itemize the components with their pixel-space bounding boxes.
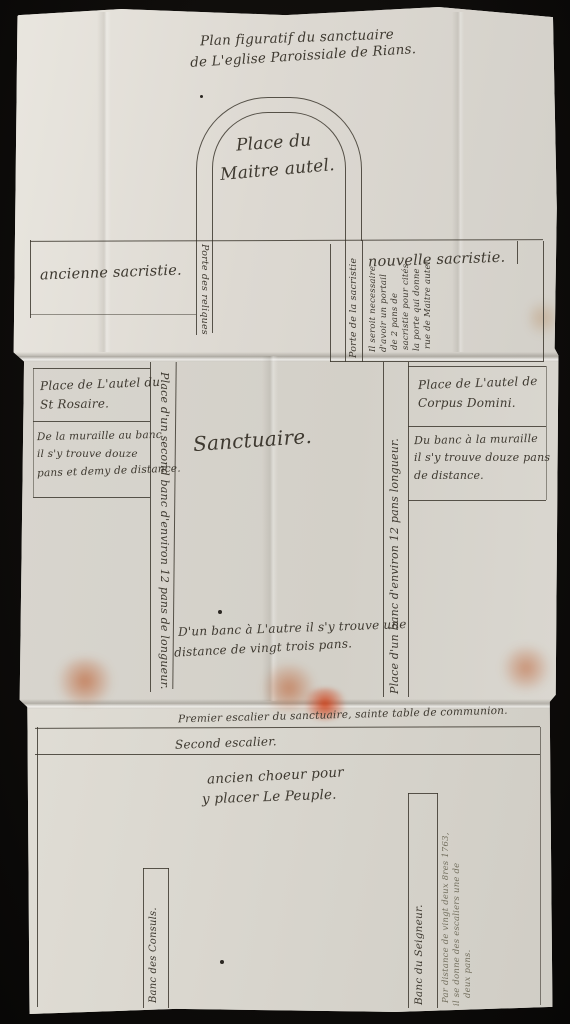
ink-dot xyxy=(220,960,224,964)
left-bench-label: Place d'un second banc d'environ 12 pans… xyxy=(158,372,171,690)
corpus-box-bottom-line xyxy=(408,500,546,501)
vertical-crease xyxy=(452,12,464,352)
rust-stain xyxy=(498,646,554,690)
left-wall-note-line2: il s'y trouve douze xyxy=(37,448,138,460)
choir-right-line xyxy=(540,727,541,1005)
right-wall-note-line1: Du banc à la muraille xyxy=(414,432,538,447)
sacristy-door-label: Porte de la sacristie xyxy=(348,258,359,358)
left-wall-note-line1: De la muraille au banc xyxy=(37,429,162,443)
right-bench-band-right-line xyxy=(408,362,409,697)
ink-dot xyxy=(200,95,203,98)
lord-bench-top-line xyxy=(408,793,438,794)
lord-bench-label: Banc du Seigneur. xyxy=(413,904,425,1005)
corpus-box-divider-line xyxy=(408,426,546,427)
lord-bench-right-line xyxy=(437,793,438,1008)
right-wall-note-line2: il s'y trouve douze pans xyxy=(414,451,550,464)
left-bench-band-left-line xyxy=(150,362,151,692)
rosary-box-bottom-line xyxy=(33,497,150,498)
relics-door-label: Porte des reliques xyxy=(199,244,210,335)
sacristy-note-line: de 2 pans de xyxy=(390,293,400,350)
rosary-box-left-line xyxy=(33,368,34,497)
paper-panel-bottom xyxy=(12,704,559,1016)
ink-dot xyxy=(218,610,222,614)
sacristy-note-line: d'avoir un portail xyxy=(379,274,389,352)
right-wall-note-line3: de distance. xyxy=(414,469,484,482)
lord-bench-note-line: deux pans. xyxy=(463,950,473,999)
vertical-crease xyxy=(97,12,111,352)
rosary-altar-label-line2: St Rosaire. xyxy=(40,396,109,411)
corpus-altar-label-line2: Corpus Domini. xyxy=(418,396,516,410)
corpus-box-top-line xyxy=(408,366,546,367)
relics-door-left-line xyxy=(196,240,197,335)
sacristy-note-line: sacristie pour cités xyxy=(401,264,411,350)
sacristy-door-right-line xyxy=(362,240,363,362)
rosary-box-top-line xyxy=(33,368,150,369)
new-sacristy-door-tick xyxy=(517,241,518,264)
sacristy-note-line: rue de Maitre autel xyxy=(423,261,433,349)
rust-stain xyxy=(52,658,118,704)
choir-left-line xyxy=(37,727,38,1007)
corpus-box-right-line xyxy=(546,366,547,500)
sacristy-door-left-line xyxy=(345,240,346,362)
consuls-bench-label: Banc des Consuls. xyxy=(148,907,159,1003)
new-sacristy-left-line xyxy=(330,244,331,362)
new-sacristy-bottom-line xyxy=(330,361,543,362)
old-sacristy-left-line xyxy=(30,240,31,318)
consuls-bench-top-line xyxy=(143,868,169,869)
new-sacristy-right-line xyxy=(543,241,544,362)
old-sacristy-bottom-line xyxy=(30,314,196,315)
lord-bench-left-line xyxy=(408,793,409,1008)
second-stair-line xyxy=(35,754,540,755)
sacristy-note-line: la porte qui donne xyxy=(412,268,422,351)
sacristy-note-line: Il seroit necessaire xyxy=(368,266,378,352)
relics-door-right-line xyxy=(212,240,213,333)
right-bench-band-left-line xyxy=(383,362,384,697)
lord-bench-note-line: Par distance de vingt deux 8res 1763, xyxy=(441,832,451,1003)
rosary-box-divider-line xyxy=(33,421,150,422)
consuls-bench-right-line xyxy=(168,868,169,1008)
lord-bench-note-line: il se donne des escaliers une de xyxy=(452,863,462,1006)
manuscript-photo: Plan figuratif du sanctuaire de L'eglise… xyxy=(0,0,570,1024)
consuls-bench-left-line xyxy=(143,868,144,1008)
right-bench-label: Place d'un banc d'environ 12 pans longue… xyxy=(388,438,401,694)
